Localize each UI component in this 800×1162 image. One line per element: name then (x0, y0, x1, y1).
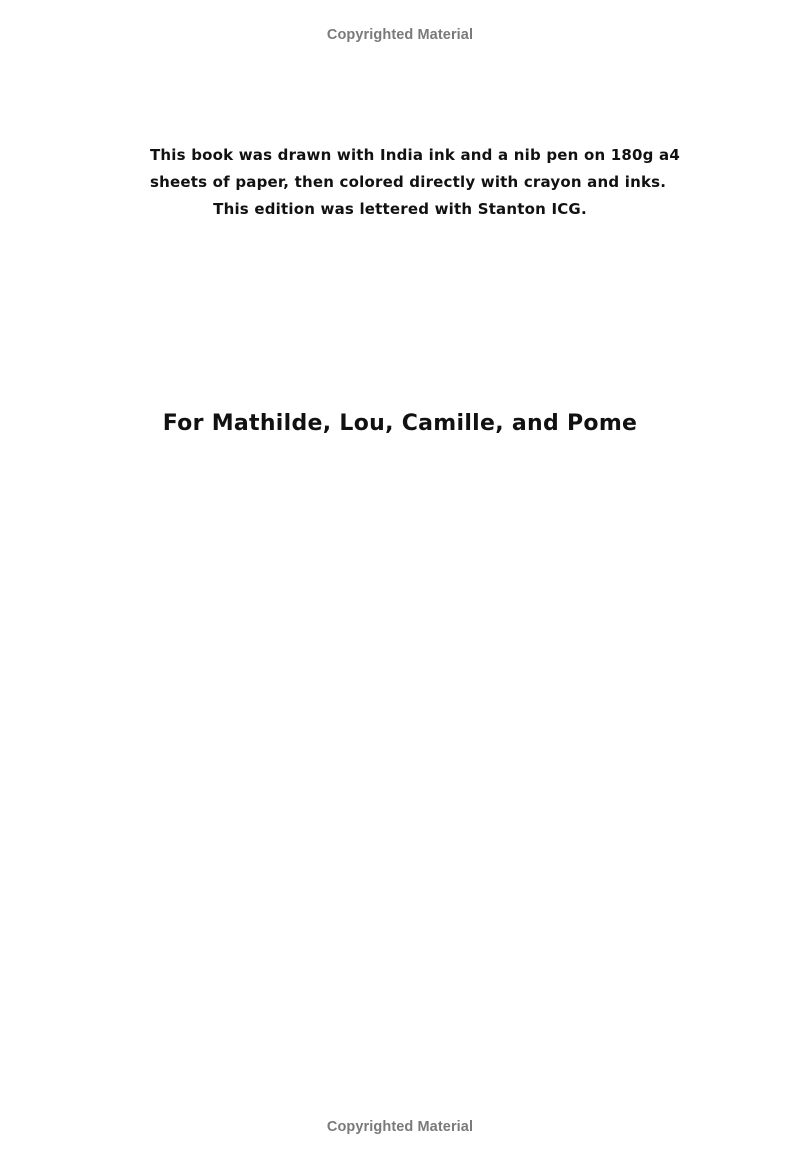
copyright-watermark-top: Copyrighted Material (0, 27, 800, 43)
colophon-line: This edition was lettered with Stanton I… (150, 196, 650, 223)
book-page: Copyrighted Material This book was drawn… (0, 0, 800, 1162)
colophon-line: sheets of paper, then colored directly w… (150, 169, 650, 196)
copyright-watermark-bottom: Copyrighted Material (0, 1119, 800, 1135)
colophon-line: This book was drawn with India ink and a… (150, 142, 650, 169)
dedication: For Mathilde, Lou, Camille, and Pome (100, 408, 700, 440)
colophon: This book was drawn with India ink and a… (150, 142, 650, 223)
